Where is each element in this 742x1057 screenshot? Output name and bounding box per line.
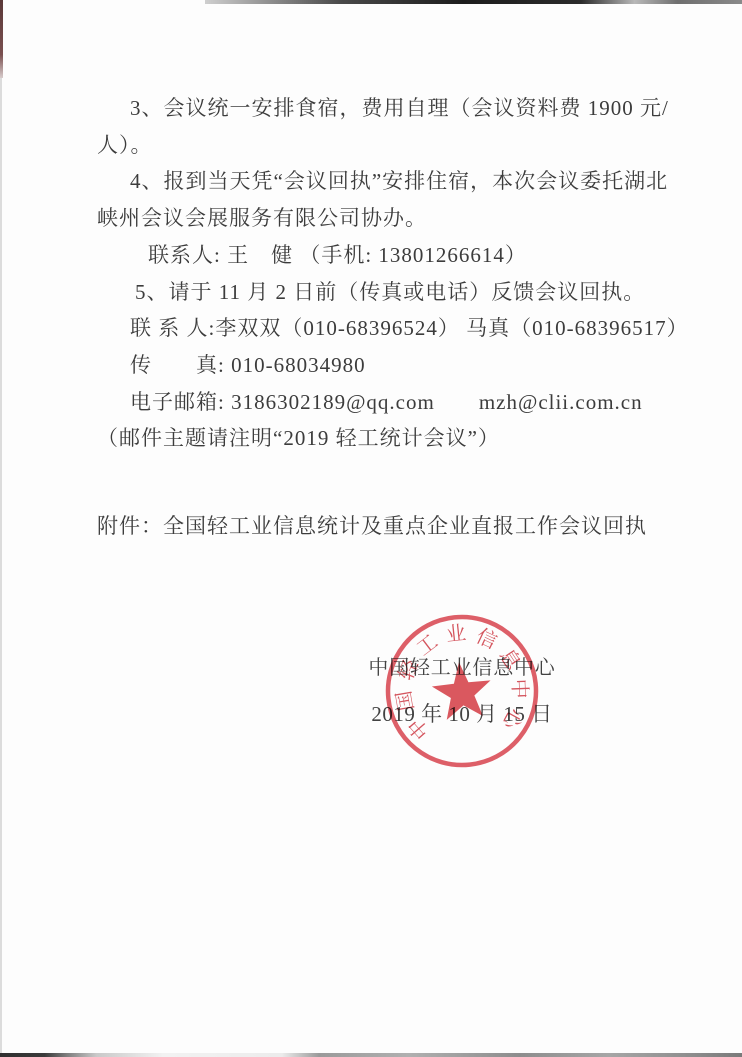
doc-line: 3、会议统一安排食宿，费用自理（会议资料费 1900 元/	[97, 90, 673, 127]
scan-edge-left-light	[0, 78, 2, 1053]
doc-line-contact-wangjian: 联系人: 王 健 （手机: 13801266614）	[97, 237, 673, 274]
doc-line: 峡州会议会展服务有限公司协办。	[97, 200, 673, 237]
seal-star-icon	[430, 659, 495, 721]
doc-line: 人）。	[97, 127, 673, 164]
seal-char: 轻	[394, 656, 423, 684]
doc-line-email: 电子邮箱: 3186302189@qq.com mzh@clii.com.cn	[97, 384, 673, 421]
doc-line-email-subject-note: （邮件主题请注明“2019 轻工统计会议”）	[97, 420, 673, 457]
seal-char: 业	[445, 621, 467, 646]
official-seal: 中国轻工业信息中心	[369, 598, 556, 785]
doc-line-contacts: 联 系 人:李双双（010-68396524） 马真（010-68396517）	[97, 310, 673, 347]
seal-char: 国	[392, 689, 418, 713]
attachment-line: 附件：全国轻工业信息统计及重点企业直报工作会议回执	[97, 508, 697, 545]
scan-edge-top	[205, 0, 742, 4]
scanned-notice-page: 3、会议统一安排食宿，费用自理（会议资料费 1900 元/ 人）。 4、报到当天…	[0, 0, 742, 1057]
doc-line: 4、报到当天凭“会议回执”安排住宿，本次会议委托湖北	[97, 163, 673, 200]
notice-body: 3、会议统一安排食宿，费用自理（会议资料费 1900 元/ 人）。 4、报到当天…	[97, 90, 673, 457]
doc-line: 5、请于 11 月 2 日前（传真或电话）反馈会议回执。	[97, 274, 673, 311]
scan-edge-left-dark	[0, 0, 3, 78]
seal-char: 信	[473, 624, 501, 653]
doc-line-fax: 传 真: 010-68034980	[97, 347, 673, 384]
seal-char: 中	[508, 678, 532, 699]
scan-edge-bottom	[0, 1053, 742, 1057]
seal-char: 工	[413, 631, 442, 661]
